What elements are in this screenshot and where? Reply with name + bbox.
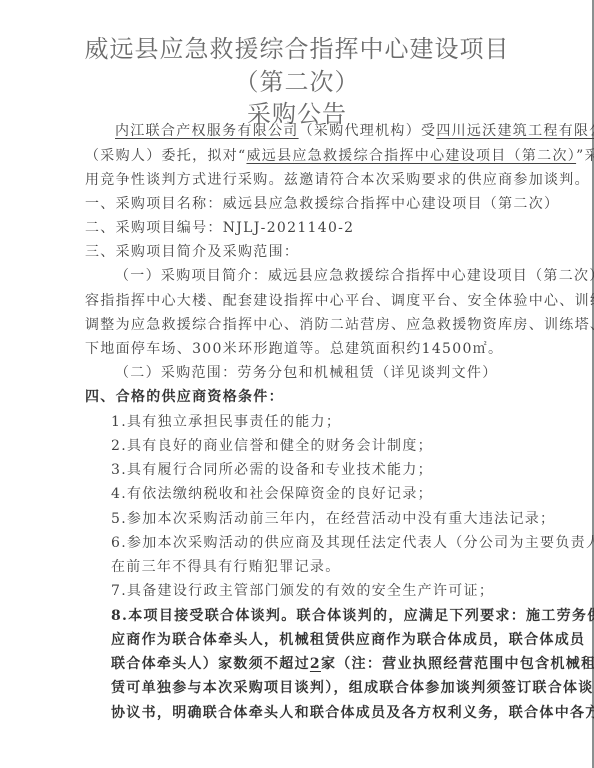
intro-line-2-tail: ”采 — [576, 148, 594, 164]
consortium-line-3-b: 家（注：营业执照经营范围中包含机械租 — [321, 656, 594, 672]
overview-line-3: 调整为应急救援综合指挥中心、消防二站营房、应急救援物资库房、训练塔、地 — [85, 316, 594, 334]
consortium-max-count: 2 — [310, 656, 321, 672]
agency-name: 内江联合产权服务有限公司 — [115, 123, 299, 139]
intro-line-1: 内江联合产权服务有限公司（采购代理机构）受四川远沃建筑工程有限公司 — [115, 122, 594, 140]
purchaser-name: 四川远沃建筑工程有限公司 — [436, 123, 594, 139]
requirement-item: 5.参加本次采购活动前三年内，在经营活动中没有重大违法记录； — [111, 510, 555, 528]
requirement-item: 1.具有独立承担民事责任的能力； — [111, 413, 341, 431]
requirement-item: 2.具有良好的商业信誉和健全的财务会计制度； — [111, 437, 433, 455]
section-project-overview: 三、采购项目简介及采购范围： — [85, 243, 299, 261]
document-title-round: （第二次） — [0, 62, 594, 97]
document-page: 威远县应急救援综合指挥中心建设项目 （第二次） 采购公告 内江联合产权服务有限公… — [0, 0, 594, 768]
requirement-item-continued: 在前三年不得具有行贿犯罪记录。 — [111, 558, 341, 576]
consortium-line-3: 联合体牵头人）家数须不超过2家（注：营业执照经营范围中包含机械租 — [111, 655, 594, 673]
document-title: 威远县应急救援综合指挥中心建设项目 — [0, 29, 594, 64]
procurement-scope: （二）采购范围：劳务分包和机械租赁（详见谈判文件） — [115, 364, 498, 382]
project-name-quoted: 威远县应急救援综合指挥中心建设项目（第二次） — [246, 148, 576, 164]
intro-line-2: （采购人）委托，拟对“威远县应急救援综合指挥中心建设项目（第二次）”采 — [85, 147, 594, 165]
requirement-item: 4.有依法缴纳税收和社会保障资金的良好记录； — [111, 485, 433, 503]
section-project-name: 一、采购项目名称：威远县应急救援综合指挥中心建设项目（第二次） — [85, 195, 559, 213]
purchaser-role: （采购人）委托，拟对“ — [85, 148, 246, 164]
overview-line-4: 下地面停车场、300米环形跑道等。总建筑面积约14500㎡。 — [85, 340, 503, 358]
consortium-line-3-a: 联合体牵头人）家数须不超过 — [111, 656, 310, 672]
consortium-line-4: 赁可单独参与本次采购项目谈判），组成联合体参加谈判须签订联合体谈判 — [111, 679, 594, 697]
intro-line-3: 用竞争性谈判方式进行采购。兹邀请符合本次采购要求的供应商参加谈判。 — [85, 171, 590, 189]
agency-role: （采购代理机构）受 — [299, 123, 437, 139]
overview-line-2: 容指指挥中心大楼、配套建设指挥中心平台、调度平台、安全体验中心、训练场 — [85, 292, 594, 310]
requirement-item: 7.具备建设行政主管部门颁发的有效的安全生产许可证； — [111, 582, 494, 600]
consortium-line-2: 应商作为联合体牵头人，机械租赁供应商作为联合体成员，联合体成员（含 — [111, 631, 594, 649]
requirement-item: 3.具有履行合同所必需的设备和专业技术能力； — [111, 461, 433, 479]
section-project-number: 二、采购项目编号：NJLJ-2021140-2 — [85, 219, 354, 237]
section-qualifications: 四、合格的供应商资格条件： — [85, 388, 284, 406]
overview-line-1: （一）采购项目简介：威远县应急救援综合指挥中心建设项目（第二次）内 — [115, 267, 594, 285]
consortium-line-1: 8.本项目接受联合体谈判。联合体谈判的，应满足下列要求：施工劳务供 — [111, 607, 594, 625]
consortium-line-5: 协议书，明确联合体牵头人和联合体成员及各方权利义务，联合体中各方不 — [111, 704, 594, 722]
requirement-item: 6.参加本次采购活动的供应商及其现任法定代表人（分公司为主要负责人） — [111, 534, 594, 552]
